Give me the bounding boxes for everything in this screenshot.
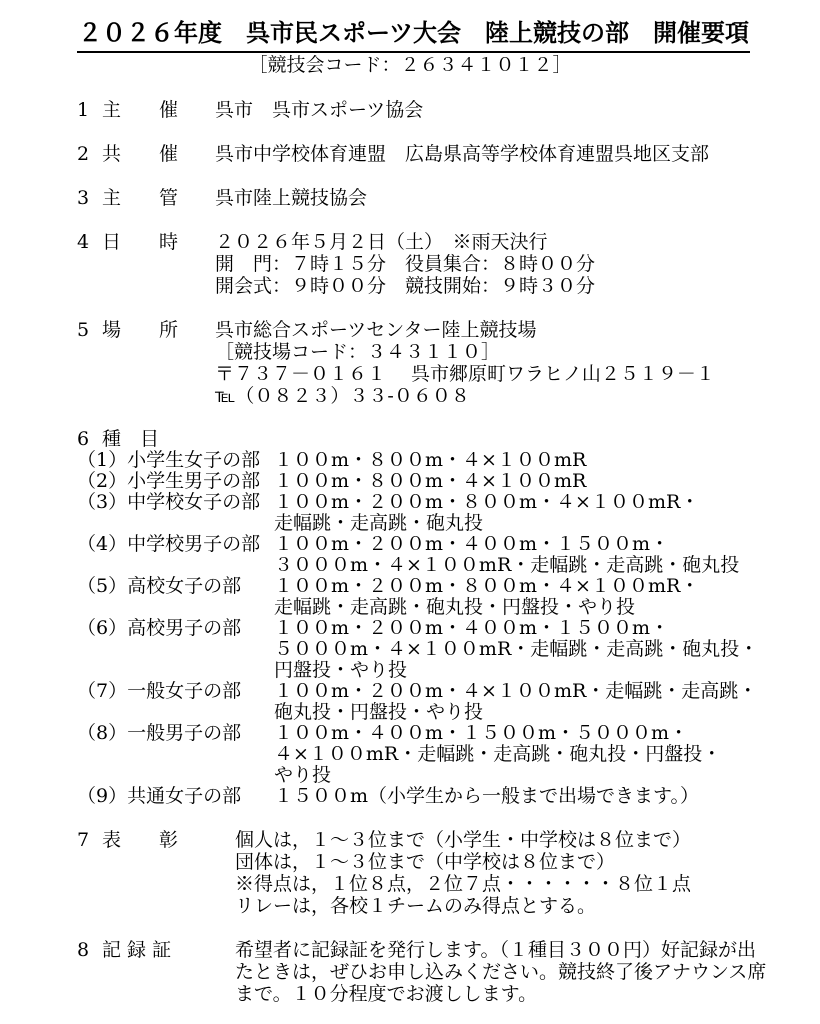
venue-name-line: 呉市総合スポーツセンター陸上競技場 — [215, 319, 820, 341]
section-label: 共 催 — [102, 143, 215, 165]
event-list-line: １００m・２００m・４００m・１５００m・ — [274, 618, 820, 639]
event-category-label: （2）小学生男子の部 — [77, 471, 274, 492]
gate-open-line: 開 門：７時１５分 役員集合：８時００分 — [215, 253, 820, 275]
event-category-common-women: （9）共通女子の部 １５００m（小学生から一般まで出場できます。） — [77, 786, 820, 807]
event-list-line: １００m・８００m・４×１００mR — [274, 471, 820, 492]
event-category-label: （6）高校男子の部 — [77, 618, 274, 681]
section-label: 主 催 — [102, 99, 215, 121]
section-host: 1 主 催 呉市 呉市スポーツ協会 — [77, 99, 820, 121]
event-category-high-school-boys: （6）高校男子の部 １００m・２００m・４００m・１５００m・ ５０００m・４×… — [77, 618, 820, 681]
section-label: 場 所 — [102, 319, 215, 407]
event-list-line: やり投 — [274, 765, 820, 786]
venue-code-line: ［競技場コード：３４３１１０］ — [215, 341, 820, 363]
section-number: 4 — [77, 231, 102, 297]
section-number: 1 — [77, 99, 102, 121]
venue-address-line: 〒７３７－０１６１ 呉市郷原町ワラヒノ山２５１９－１ — [215, 363, 820, 385]
competition-code: ［競技会コード：２６３４１０１２］ — [77, 53, 743, 77]
document-title-text: ２０２６年度 呉市民スポーツ大会 陸上競技の部 開催要項 — [77, 16, 750, 53]
event-list-line: 砲丸投・円盤投・やり投 — [274, 702, 820, 723]
event-list-line: 走幅跳・走高跳・砲丸投・円盤投・やり投 — [274, 597, 820, 618]
event-category-junior-high-boys: （4）中学校男子の部 １００m・２００m・４００m・１５００m・ ３０００m・４… — [77, 534, 820, 576]
event-category-label: （7）一般女子の部 — [77, 681, 274, 723]
section-co-host: 2 共 催 呉市中学校体育連盟 広島県高等学校体育連盟呉地区支部 — [77, 143, 820, 165]
event-category-label: （9）共通女子の部 — [77, 786, 274, 807]
ceremony-line: 開会式：９時００分 競技開始：９時３０分 — [215, 275, 820, 297]
section-text-line: 呉市 呉市スポーツ協会 — [215, 99, 820, 121]
awards-relay-line: リレーは，各校１チームのみ得点とする。 — [235, 895, 820, 917]
event-list-line: １００m・８００m・４×１００mR — [274, 450, 820, 471]
event-category-elementary-boys: （2）小学生男子の部 １００m・８００m・４×１００mR — [77, 471, 820, 492]
event-category-open-women: （7）一般女子の部 １００m・２００m・４×１００mR・走幅跳・走高跳・ 砲丸投… — [77, 681, 820, 723]
section-management: 3 主 管 呉市陸上競技協会 — [77, 187, 820, 209]
record-certificate-line: たときは，ぜひお申し込みください。競技終了後アナウンス席 — [235, 961, 820, 983]
venue-phone-line: ℡（０８２３）３３-０６０８ — [215, 385, 820, 407]
event-category-label: （4）中学校男子の部 — [77, 534, 274, 576]
section-date-time: 4 日 時 ２０２６年５月２日（土） ※雨天決行 開 門：７時１５分 役員集合：… — [77, 231, 820, 297]
event-category-elementary-girls: （1）小学生女子の部 １００m・８００m・４×１００mR — [77, 450, 820, 471]
event-list-line: １００m・４００m・１５００m・５０００m・ — [274, 723, 820, 744]
event-list-line: １００m・２００m・８００m・４×１００mR・ — [274, 576, 820, 597]
section-label: 日 時 — [102, 231, 215, 297]
section-record-certificate: 8 記 録 証 希望者に記録証を発行します。（１種目３００円）好記録が出 たとき… — [77, 939, 820, 1005]
section-label: 主 管 — [102, 187, 215, 209]
document-title: ２０２６年度 呉市民スポーツ大会 陸上競技の部 開催要項 — [77, 16, 743, 53]
title-block: ２０２６年度 呉市民スポーツ大会 陸上競技の部 開催要項 ［競技会コード：２６３… — [77, 16, 743, 77]
event-list-line: １００m・２００m・８００m・４×１００mR・ — [274, 492, 820, 513]
section-number: 8 — [77, 939, 102, 1005]
section-text-line: 呉市陸上競技協会 — [215, 187, 820, 209]
section-label: 記 録 証 — [102, 939, 235, 1005]
record-certificate-line: まで。１０分程度でお渡しします。 — [235, 983, 820, 1005]
event-list-line: ３０００m・４×１００mR・走幅跳・走高跳・砲丸投 — [274, 555, 820, 576]
event-list-line: １５００m（小学生から一般まで出場できます。） — [274, 786, 820, 807]
event-list-line: ５０００m・４×１００mR・走幅跳・走高跳・砲丸投・ — [274, 639, 820, 660]
event-list-line: １００m・２００m・４００m・１５００m・ — [274, 534, 820, 555]
event-category-junior-high-girls: （3）中学校女子の部 １００m・２００m・８００m・４×１００mR・ 走幅跳・走… — [77, 492, 820, 534]
section-label: 表 彰 — [102, 829, 235, 917]
section-number: 2 — [77, 143, 102, 165]
section-number: 5 — [77, 319, 102, 407]
event-list-line: 円盤投・やり投 — [274, 660, 820, 681]
event-category-open-men: （8）一般男子の部 １００m・４００m・１５００m・５０００m・ ４×１００mR… — [77, 723, 820, 786]
event-category-label: （5）高校女子の部 — [77, 576, 274, 618]
event-category-label: （3）中学校女子の部 — [77, 492, 274, 534]
date-line: ２０２６年５月２日（土） ※雨天決行 — [215, 231, 820, 253]
record-certificate-line: 希望者に記録証を発行します。（１種目３００円）好記録が出 — [235, 939, 820, 961]
section-awards: 7 表 彰 個人は，１～３位まで（小学生・中学校は８位まで） 団体は，１～３位ま… — [77, 829, 820, 917]
event-list-line: ４×１００mR・走幅跳・走高跳・砲丸投・円盤投・ — [274, 744, 820, 765]
event-list-line: １００m・２００m・４×１００mR・走幅跳・走高跳・ — [274, 681, 820, 702]
section-number: 6 — [77, 429, 102, 450]
section-number: 3 — [77, 187, 102, 209]
section-number: 7 — [77, 829, 102, 917]
document-page: ２０２６年度 呉市民スポーツ大会 陸上競技の部 開催要項 ［競技会コード：２６３… — [0, 0, 820, 1024]
awards-individual-line: 個人は，１～３位まで（小学生・中学校は８位まで） — [235, 829, 820, 851]
event-list-line: 走幅跳・走高跳・砲丸投 — [274, 513, 820, 534]
section-venue: 5 場 所 呉市総合スポーツセンター陸上競技場 ［競技場コード：３４３１１０］ … — [77, 319, 820, 407]
awards-team-line: 団体は，１～３位まで（中学校は８位まで） — [235, 851, 820, 873]
event-category-label: （1）小学生女子の部 — [77, 450, 274, 471]
awards-points-line: ※得点は，１位８点，２位７点・・・・・・８位１点 — [235, 873, 820, 895]
event-category-high-school-girls: （5）高校女子の部 １００m・２００m・８００m・４×１００mR・ 走幅跳・走高… — [77, 576, 820, 618]
section-events: 6 種 目 — [77, 429, 820, 450]
section-text-line: 呉市中学校体育連盟 広島県高等学校体育連盟呉地区支部 — [215, 143, 820, 165]
event-category-label: （8）一般男子の部 — [77, 723, 274, 786]
section-label: 種 目 — [102, 429, 215, 450]
